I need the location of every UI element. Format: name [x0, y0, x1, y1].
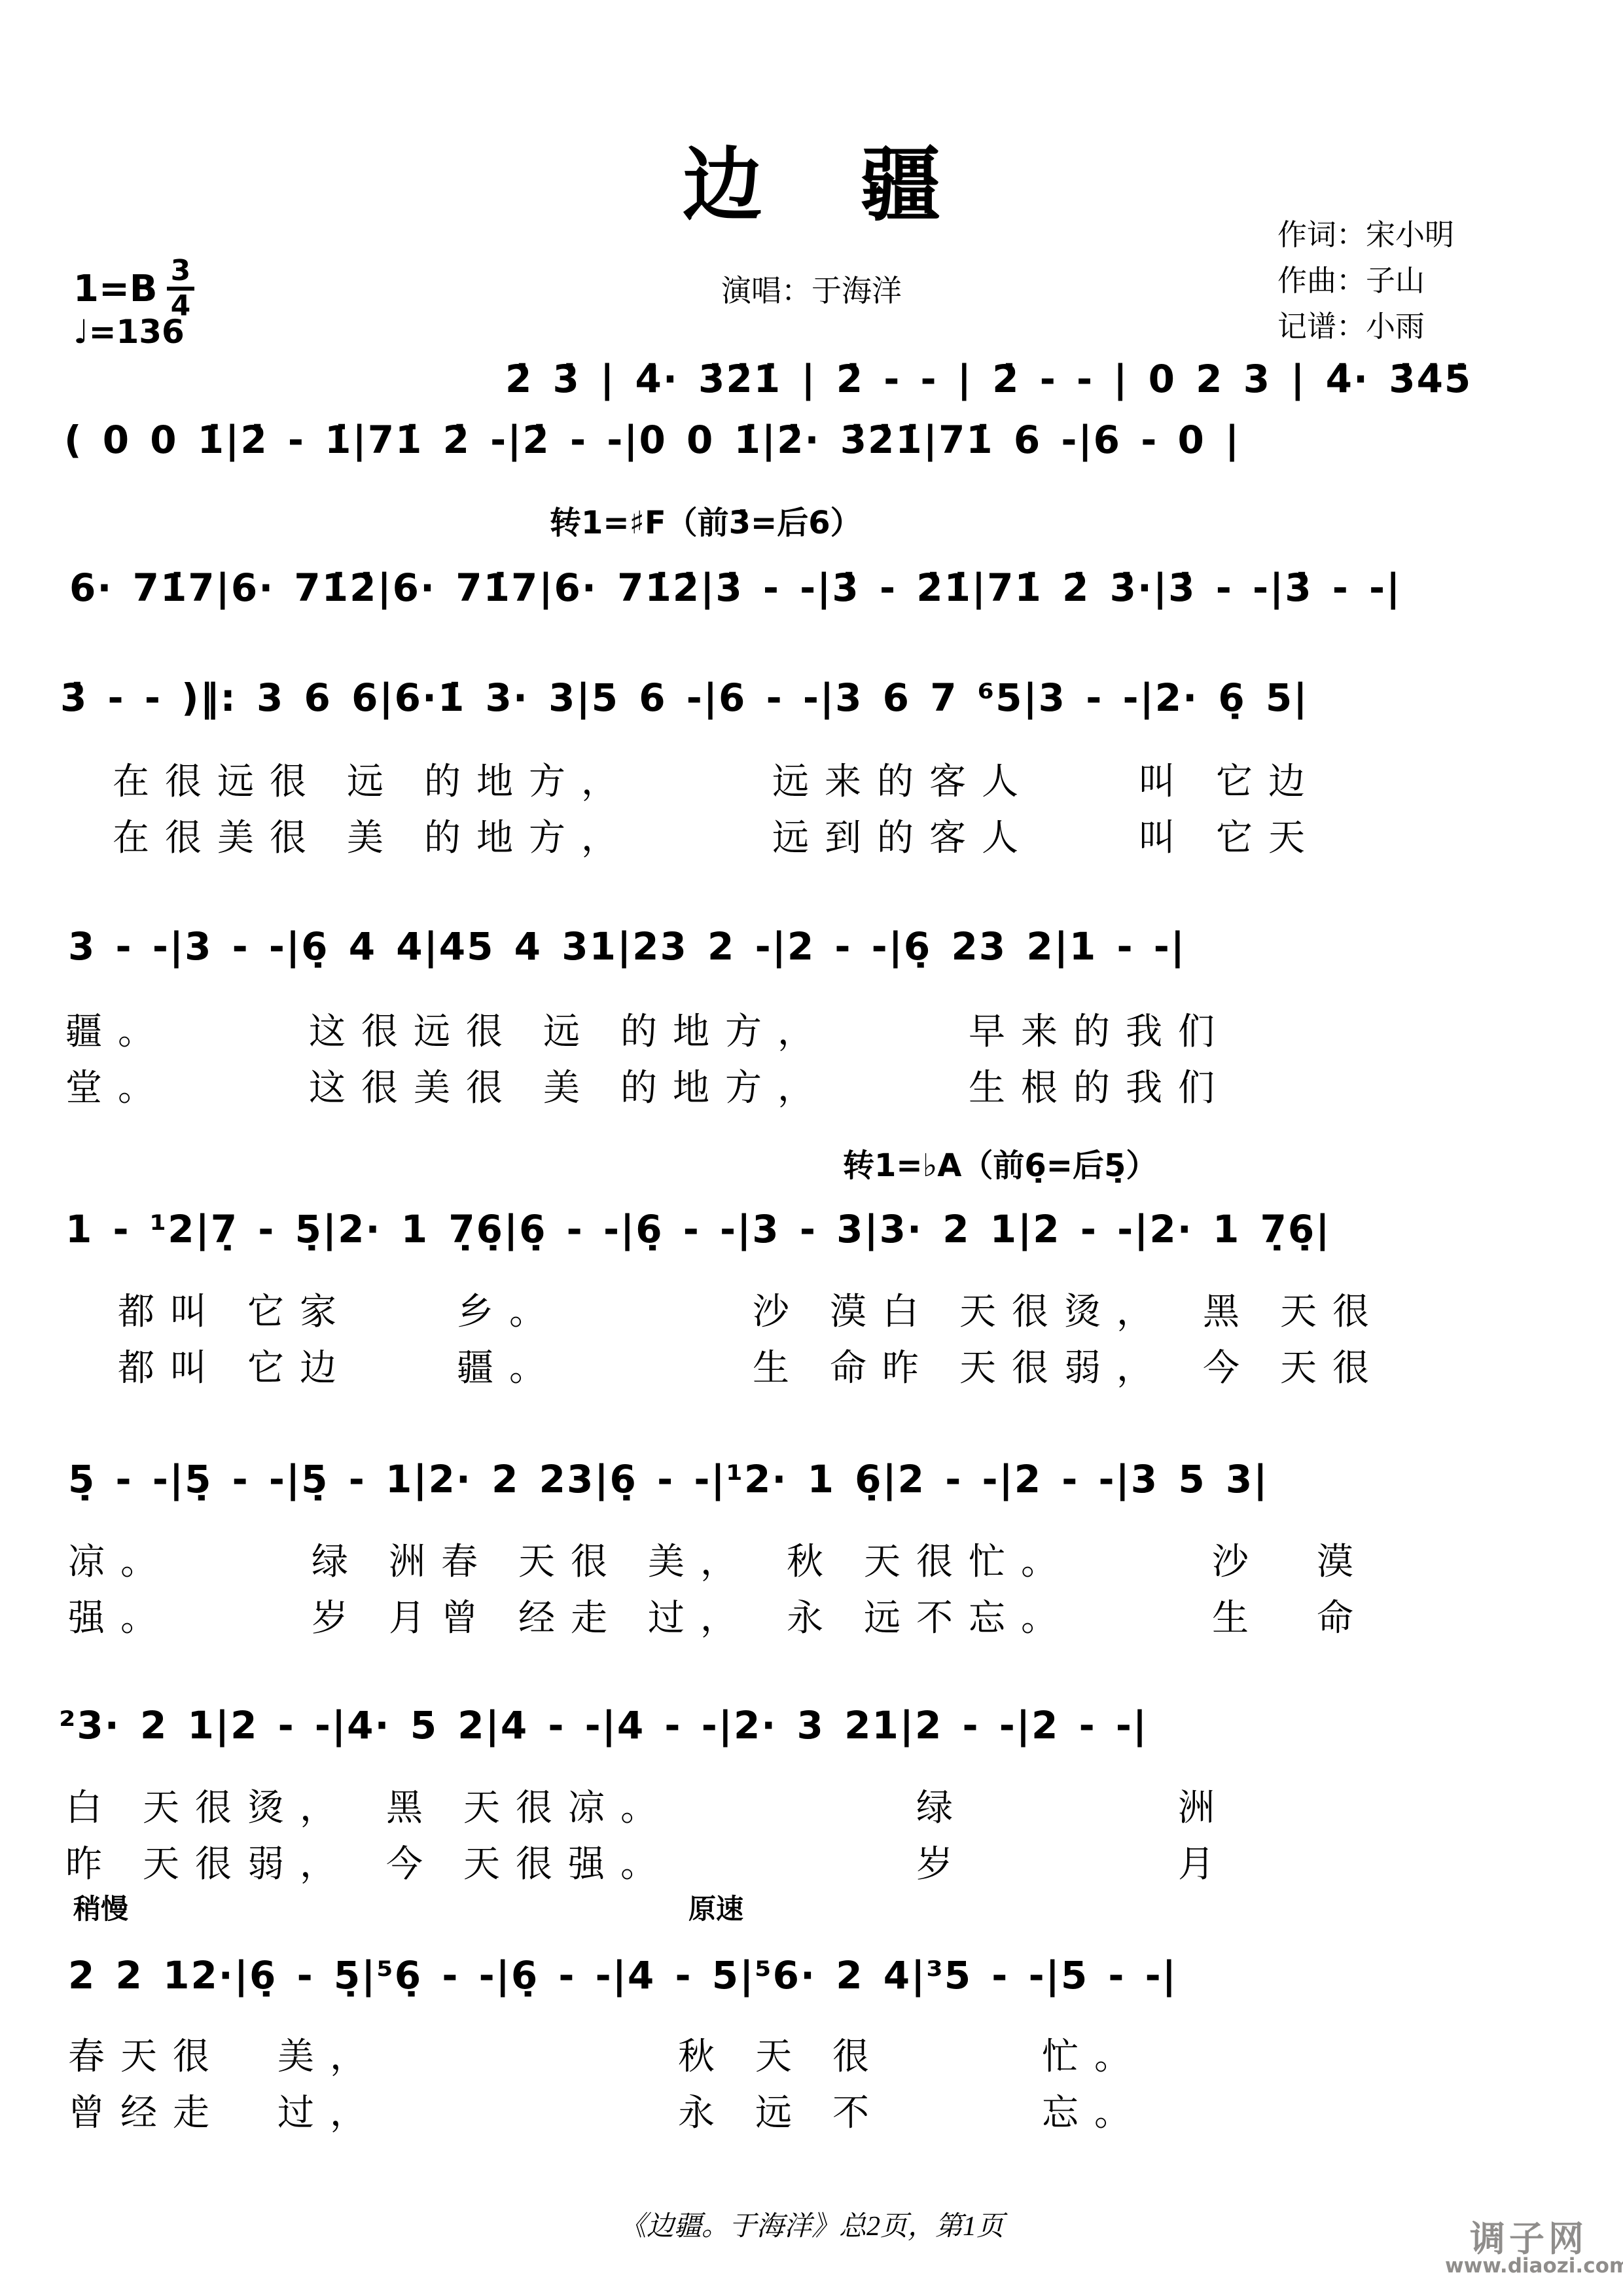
system-3-notes: 3̇ - - )‖: 3 6 6|6·1̇ 3· 3|5 6 -|6 - -|3… [60, 675, 1308, 720]
system-4-notes: 3 - -|3 - -|6̣ 4 4|45 4 31|23 2 -|2 - -|… [68, 924, 1186, 969]
modulation-label-sharp-f: 转1=♯F（前3̇=后6） [550, 497, 862, 543]
system-5-lyrics-verse-1: 都叫 它家 乡。 沙 漠白 天很烫， 黑 天很 [118, 1283, 1385, 1335]
system-5-lyrics-verse-2: 都叫 它边 疆。 生 命昨 天很弱， 今 天很 [118, 1339, 1385, 1391]
tempo-label-slower: 稍慢 [73, 1888, 128, 1927]
system-6-lyrics-verse-2: 强。 岁 月曾 经走 过， 永 远不忘。 生 命 [68, 1589, 1369, 1641]
system-4-lyrics-verse-1: 疆。 这很远很 远 的地方， 早来的我们 [65, 1003, 1230, 1055]
system-7-lyrics-verse-1: 白 天很烫， 黑 天很凉。 绿 洲 [65, 1779, 1230, 1831]
system-7-lyrics-verse-2: 昨 天很弱， 今 天很强。 岁 月 [65, 1835, 1230, 1888]
system-1-lower-voice-notes: ( 0 0 1̇|2̇ - 1̇|71̇ 2̇ -|2̇ - -|0 0 1̇|… [64, 418, 1240, 462]
footer-page-info: 《边疆。于海洋》总2页，第1页 [0, 2204, 1623, 2244]
tempo-marking: ♩=136 [73, 313, 185, 351]
transcriber-credit: 记谱：小雨 [1277, 302, 1425, 345]
watermark-site-url: www.diaozi.com [1445, 2254, 1623, 2278]
system-4-lyrics-verse-2: 堂。 这很美很 美 的地方， 生根的我们 [65, 1059, 1230, 1111]
system-2-notes: 6· 71̇7|6· 71̇2̇|6· 71̇7|6· 71̇2̇|3̇ - -… [69, 565, 1401, 610]
sheet-music-page: 边疆 1=B 3 4 ♩=136 演唱：于海洋 作词：宋小明 作曲：子山 记谱：… [0, 0, 1623, 2296]
system-3-lyrics-verse-1: 在很远很 远 的地方， 远来的客人 叫 它边 [113, 753, 1321, 805]
system-3-lyrics-verse-2: 在很美很 美 的地方， 远到的客人 叫 它天 [113, 809, 1321, 861]
system-6-notes: 5̣ - -|5̣ - -|5̣ - 1|2· 2 23|6̣ - -|¹2· … [68, 1457, 1268, 1501]
system-6-lyrics-verse-1: 凉。 绿 洲春 天很 美， 秋 天很忙。 沙 漠 [68, 1533, 1369, 1585]
system-8-lyrics-verse-2: 曾经走 过， 永 远 不 忘。 [68, 2084, 1147, 2136]
system-7-notes: ²3· 2 1|2 - -|4· 5 2|4 - -|4 - -|2· 3 21… [59, 1703, 1148, 1748]
system-8-lyrics-verse-1: 春天很 美， 秋 天 很 忙。 [68, 2028, 1147, 2080]
composer-credit: 作曲：子山 [1277, 257, 1425, 299]
system-5-notes: 1 - ¹2|7̣ - 5̣|2· 1 7̣6̣|6̣ - -|6̣ - -|3… [65, 1207, 1330, 1251]
tempo-label-a-tempo: 原速 [688, 1888, 743, 1927]
system-1-upper-voice-notes: 2̇ 3̇ | 4̇· 3̇2̇1̇ | 2̇ - - | 2̇ - - | 0… [505, 357, 1472, 401]
system-8-notes: 2 2 12·|6̣ - 5̣|⁵6̣ - -|6̣ - -|4 - 5|⁵6·… [68, 1953, 1177, 1998]
lyricist-credit: 作词：宋小明 [1277, 211, 1454, 253]
modulation-label-flat-a: 转1=♭A（前6̣=后5̣） [843, 1140, 1157, 1185]
